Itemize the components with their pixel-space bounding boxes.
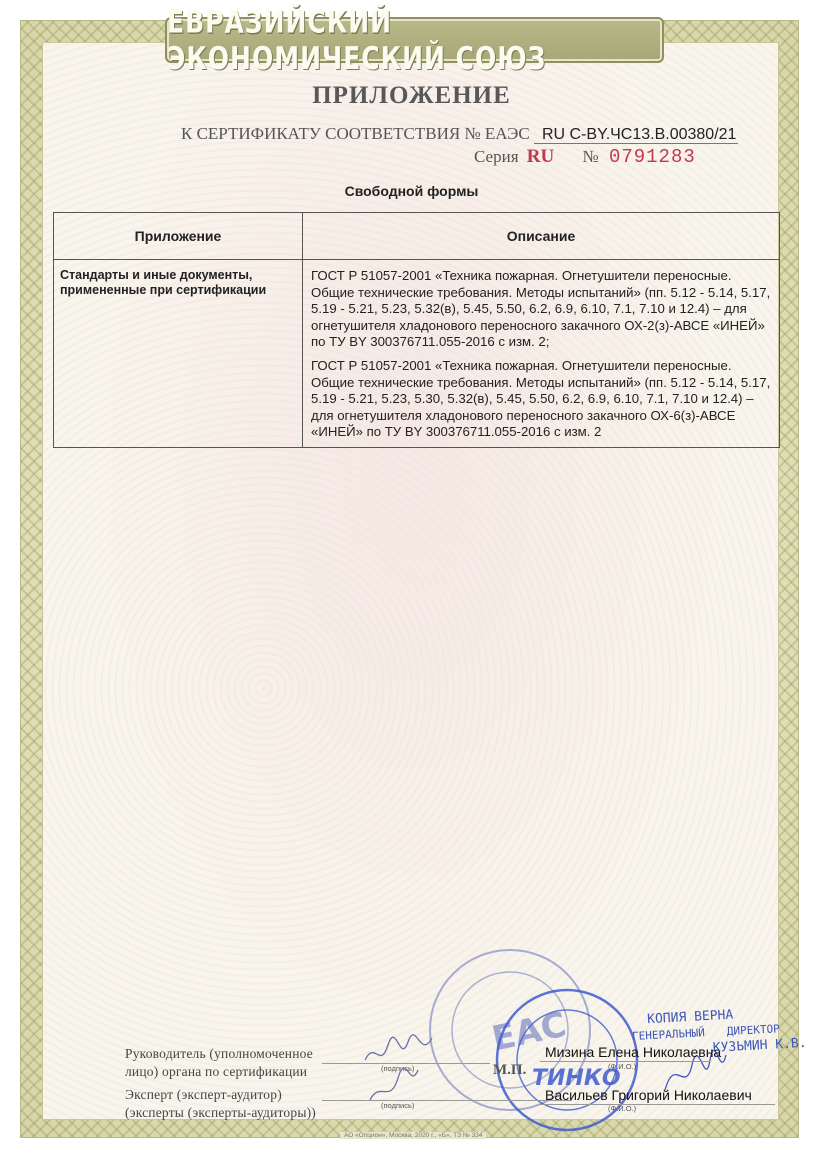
expert-name: Васильев Григорий Николаевич <box>545 1087 752 1103</box>
table-header-row: Приложение Описание <box>54 213 780 260</box>
label-line: (эксперты (эксперты-аудиторы)) <box>125 1104 316 1122</box>
stamp-position: ГЕНЕРАЛЬНЫЙ <box>632 1026 705 1043</box>
label-line: Руководитель (уполномоченное <box>125 1045 313 1063</box>
column-header-appendix: Приложение <box>54 213 303 260</box>
fio-hint: (Ф.И.О.) <box>608 1062 636 1071</box>
label-line: Эксперт (эксперт-аудитор) <box>125 1086 316 1104</box>
handwritten-signature-icon <box>360 1030 450 1110</box>
union-banner: ЕВРАЗИЙСКИЙ ЭКОНОМИЧЕСКИЙ СОЮЗ <box>165 17 664 63</box>
label-line: лицо) органа по сертификации <box>125 1063 313 1081</box>
description-cell: ГОСТ Р 51057-2001 «Техника пожарная. Огн… <box>303 260 780 448</box>
description-paragraph: ГОСТ Р 51057-2001 «Техника пожарная. Огн… <box>311 358 771 441</box>
fio-hint: (Ф.И.О.) <box>608 1104 636 1113</box>
seal-place-label: М.П. <box>493 1062 526 1079</box>
number-label: № <box>582 147 598 166</box>
appendix-cell: Стандарты и иные документы, примененные … <box>54 260 303 448</box>
document-sheet <box>42 42 779 1120</box>
table-row: Стандарты и иные документы, примененные … <box>54 260 780 448</box>
description-paragraph: ГОСТ Р 51057-2001 «Техника пожарная. Огн… <box>311 268 771 351</box>
series-line: Серия RU № 0791283 <box>474 146 696 168</box>
certificate-subtitle: К СЕРТИФИКАТУ СООТВЕТСТВИЯ № ЕАЭС RU C-B… <box>181 124 738 144</box>
appendix-table: Приложение Описание Стандарты и иные док… <box>53 212 780 448</box>
series-label: Серия <box>474 147 519 166</box>
banner-text: ЕВРАЗИЙСКИЙ ЭКОНОМИЧЕСКИЙ СОЮЗ <box>167 4 662 77</box>
page-title: ПРИЛОЖЕНИЕ <box>0 82 823 110</box>
head-of-body-label: Руководитель (уполномоченное лицо) орган… <box>125 1045 313 1081</box>
stamp-position: ДИРЕКТОР <box>726 1022 780 1038</box>
subtitle-prefix: К СЕРТИФИКАТУ СООТВЕТСТВИЯ № ЕАЭС <box>181 124 530 143</box>
certificate-number: RU C-BY.ЧС13.В.00380/21 <box>534 126 738 144</box>
printer-imprint: АО «Опцион», Москва, 2020 г., «Б», ТЗ № … <box>340 1132 486 1139</box>
form-note: Свободной формы <box>0 183 823 199</box>
true-copy-stamp: КОПИЯ ВЕРНА ГЕНЕРАЛЬНЫЙДИРЕКТОР КУЗЬМИН … <box>647 1004 807 1060</box>
blank-number: 0791283 <box>609 146 696 168</box>
expert-label: Эксперт (эксперт-аудитор) (эксперты (экс… <box>125 1086 316 1122</box>
expert-fio-line <box>540 1104 775 1105</box>
column-header-description: Описание <box>303 213 780 260</box>
series-value: RU <box>527 146 554 167</box>
